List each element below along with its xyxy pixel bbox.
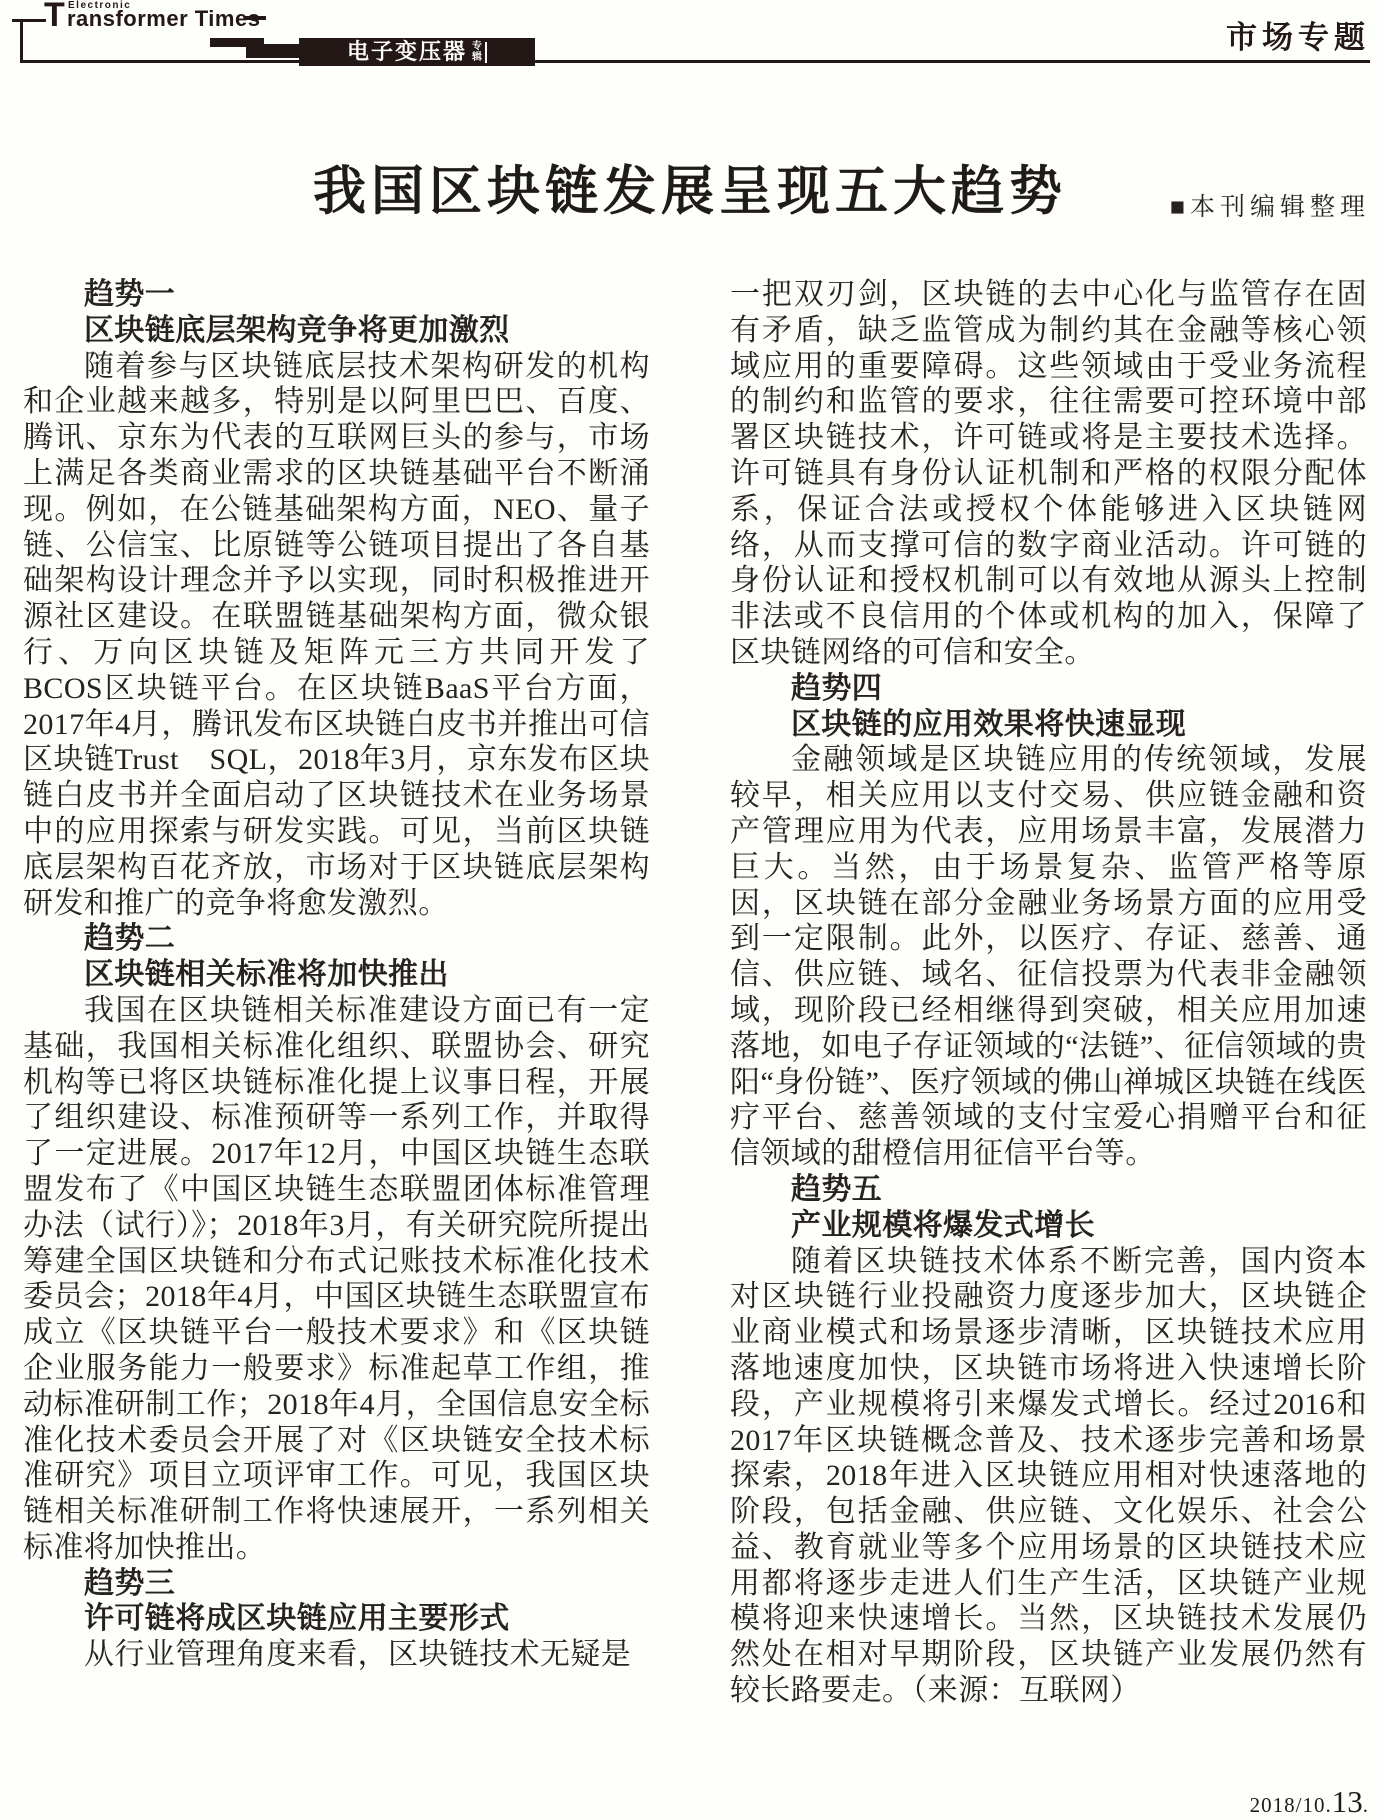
body-paragraph: 随着区块链技术体系不断完善，国内资本对区块链行业投融资力度逐步加大，区块链企业商… xyxy=(730,1244,1367,1709)
page-footer: 2018/10. 13 . xyxy=(1250,1784,1368,1820)
section-heading: 许可链将成区块链应用主要形式 xyxy=(23,1601,650,1637)
body-paragraph: 从行业管理角度来看，区块链技术无疑是 xyxy=(23,1637,650,1673)
section-heading: 趋势二 xyxy=(23,921,650,957)
section-heading: 区块链底层架构竞争将更加激烈 xyxy=(23,313,650,349)
section-heading: 趋势五 xyxy=(730,1172,1367,1208)
column-left: 趋势一区块链底层架构竞争将更加激烈随着参与区块链底层技术架构研发的机构和企业越来… xyxy=(23,277,650,1709)
section-heading: 趋势三 xyxy=(23,1566,650,1602)
masthead-initial: T xyxy=(44,0,65,32)
section-heading: 趋势四 xyxy=(730,671,1367,707)
badge-label: 电子变压器 xyxy=(347,41,467,63)
body-paragraph: 我国在区块链相关标准建设方面已有一定基础，我国相关标准化组织、联盟协会、研究机构… xyxy=(23,993,650,1566)
body-paragraph: 一把双刃剑，区块链的去中心化与监管存在固有矛盾，缺乏监管成为制约其在金融等核心领… xyxy=(730,277,1367,671)
magazine-page: T Electronic ransformer Times 电子变压器 专 辑 … xyxy=(0,0,1380,1820)
badge-side-char-2: 辑 xyxy=(472,53,482,63)
masthead-dash-line xyxy=(245,16,266,20)
section-label: 市场专题 xyxy=(1226,22,1370,53)
badge-side-label: 专 辑 xyxy=(472,42,487,63)
footer-page-number: 13 xyxy=(1332,1784,1363,1820)
section-heading: 区块链相关标准将加快推出 xyxy=(23,957,650,993)
badge-side-char-1: 专 xyxy=(472,42,482,52)
corner-bracket-tick xyxy=(12,19,46,22)
byline: ■本刊编辑整理 xyxy=(1170,194,1370,222)
header-horizontal-rule xyxy=(21,60,1370,63)
masthead-title: ransformer Times xyxy=(67,8,260,30)
column-right: 一把双刃剑，区块链的去中心化与监管存在固有矛盾，缺乏监管成为制约其在金融等核心领… xyxy=(730,277,1367,1709)
badge-step-bar-bottom xyxy=(246,44,302,58)
section-heading: 产业规模将爆发式增长 xyxy=(730,1208,1367,1244)
section-heading: 区块链的应用效果将快速显现 xyxy=(730,707,1367,743)
section-heading: 趋势一 xyxy=(23,277,650,313)
masthead-badge: 电子变压器 专 辑 xyxy=(299,38,535,66)
footer-date: 2018/10. xyxy=(1250,1793,1332,1818)
footer-period: . xyxy=(1363,1793,1368,1818)
body-paragraph: 随着参与区块链底层技术架构研发的机构和企业越来越多，特别是以阿里巴巴、百度、腾讯… xyxy=(23,349,650,922)
corner-bracket-vertical-line xyxy=(20,19,23,63)
body-paragraph: 金融领域是区块链应用的传统领域，发展较早，相关应用以支付交易、供应链金融和资产管… xyxy=(730,742,1367,1172)
article-body: 趋势一区块链底层架构竞争将更加激烈随着参与区块链底层技术架构研发的机构和企业越来… xyxy=(23,277,1367,1709)
